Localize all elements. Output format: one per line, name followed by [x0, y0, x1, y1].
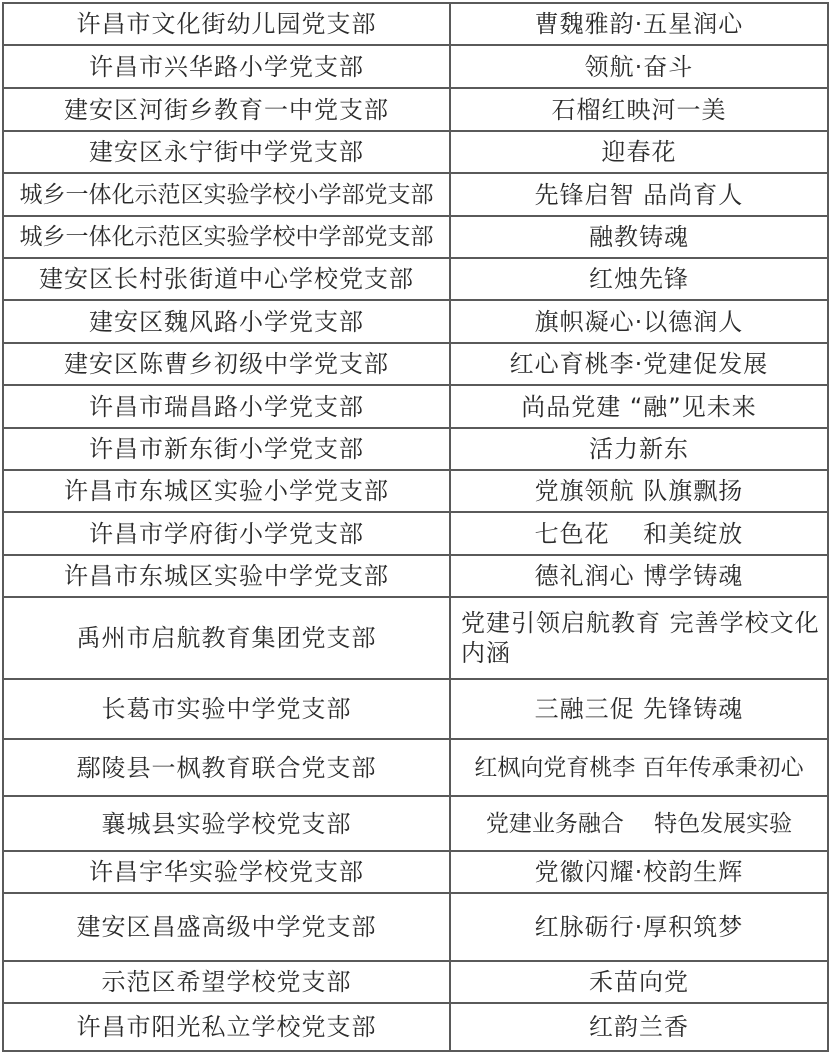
- brand-name-cell: 德礼润心 博学铸魂: [450, 555, 828, 597]
- brand-name-cell: 红脉砺行·厚积筑梦: [450, 893, 828, 961]
- branch-name-cell: 鄢陵县一枫教育联合党支部: [3, 739, 450, 796]
- branch-name-cell: 许昌市东城区实验中学党支部: [3, 555, 450, 597]
- branch-name-cell: 许昌市瑞昌路小学党支部: [3, 385, 450, 428]
- branch-name-cell: 许昌市兴华路小学党支部: [3, 45, 450, 88]
- party-branch-brand-table: 许昌市文化街幼儿园党支部曹魏雅韵·五星润心许昌市兴华路小学党支部领航·奋斗建安区…: [2, 2, 829, 1052]
- branch-name-cell: 许昌市新东街小学党支部: [3, 428, 450, 470]
- branch-name-cell: 禹州市启航教育集团党支部: [3, 597, 450, 679]
- branch-name-cell: 长葛市实验中学党支部: [3, 679, 450, 739]
- table-row: 禹州市启航教育集团党支部党建引领启航教育 完善学校文化内涵: [3, 597, 828, 679]
- table-row: 许昌市东城区实验小学党支部党旗领航 队旗飘扬: [3, 470, 828, 512]
- branch-name-cell: 建安区昌盛高级中学党支部: [3, 893, 450, 961]
- brand-name-cell: 迎春花: [450, 131, 828, 173]
- brand-name-cell: 党建业务融合 特色发展实验: [450, 796, 828, 851]
- brand-name-cell: 党徽闪耀·校韵生辉: [450, 851, 828, 893]
- brand-name-cell: 禾苗向党: [450, 961, 828, 1003]
- brand-name-cell: 先锋启智 品尚育人: [450, 173, 828, 216]
- branch-name-cell: 城乡一体化示范区实验学校小学部党支部: [3, 173, 450, 216]
- table-row: 城乡一体化示范区实验学校中学部党支部融教铸魂: [3, 216, 828, 258]
- brand-name-cell: 红枫向党育桃李 百年传承秉初心: [450, 739, 828, 796]
- table-row: 建安区魏风路小学党支部旗帜凝心·以德润人: [3, 300, 828, 343]
- table-row: 许昌市阳光私立学校党支部红韵兰香: [3, 1003, 828, 1051]
- branch-name-cell: 许昌宇华实验学校党支部: [3, 851, 450, 893]
- branch-name-cell: 建安区陈曹乡初级中学党支部: [3, 343, 450, 385]
- table-row: 许昌市新东街小学党支部活力新东: [3, 428, 828, 470]
- table-row: 许昌市瑞昌路小学党支部尚品党建 “融”见未来: [3, 385, 828, 428]
- branch-name-cell: 建安区永宁街中学党支部: [3, 131, 450, 173]
- brand-name-cell: 三融三促 先锋铸魂: [450, 679, 828, 739]
- table-row: 建安区长村张街道中心学校党支部红烛先锋: [3, 258, 828, 300]
- brand-name-cell: 融教铸魂: [450, 216, 828, 258]
- brand-name-cell: 活力新东: [450, 428, 828, 470]
- branch-name-cell: 许昌市文化街幼儿园党支部: [3, 3, 450, 45]
- table-row: 建安区河街乡教育一中党支部石榴红映河一美: [3, 88, 828, 131]
- table-row: 建安区昌盛高级中学党支部红脉砺行·厚积筑梦: [3, 893, 828, 961]
- branch-name-cell: 襄城县实验学校党支部: [3, 796, 450, 851]
- brand-name-cell: 党旗领航 队旗飘扬: [450, 470, 828, 512]
- table-row: 建安区陈曹乡初级中学党支部红心育桃李·党建促发展: [3, 343, 828, 385]
- branch-name-cell: 建安区魏风路小学党支部: [3, 300, 450, 343]
- table-row: 建安区永宁街中学党支部迎春花: [3, 131, 828, 173]
- brand-name-cell: 曹魏雅韵·五星润心: [450, 3, 828, 45]
- brand-name-cell: 旗帜凝心·以德润人: [450, 300, 828, 343]
- table-row: 鄢陵县一枫教育联合党支部红枫向党育桃李 百年传承秉初心: [3, 739, 828, 796]
- brand-name-cell: 红烛先锋: [450, 258, 828, 300]
- branch-name-cell: 建安区河街乡教育一中党支部: [3, 88, 450, 131]
- table-row: 许昌市兴华路小学党支部领航·奋斗: [3, 45, 828, 88]
- table-row: 长葛市实验中学党支部三融三促 先锋铸魂: [3, 679, 828, 739]
- brand-name-cell: 七色花 和美绽放: [450, 512, 828, 555]
- table-row: 许昌宇华实验学校党支部党徽闪耀·校韵生辉: [3, 851, 828, 893]
- brand-name-cell: 红韵兰香: [450, 1003, 828, 1051]
- brand-name-cell: 石榴红映河一美: [450, 88, 828, 131]
- branch-name-cell: 许昌市阳光私立学校党支部: [3, 1003, 450, 1051]
- branch-name-cell: 示范区希望学校党支部: [3, 961, 450, 1003]
- table-row: 城乡一体化示范区实验学校小学部党支部先锋启智 品尚育人: [3, 173, 828, 216]
- branch-name-cell: 城乡一体化示范区实验学校中学部党支部: [3, 216, 450, 258]
- table-row: 示范区希望学校党支部禾苗向党: [3, 961, 828, 1003]
- branch-name-cell: 许昌市东城区实验小学党支部: [3, 470, 450, 512]
- table-row: 许昌市东城区实验中学党支部德礼润心 博学铸魂: [3, 555, 828, 597]
- brand-name-cell: 领航·奋斗: [450, 45, 828, 88]
- table-row: 许昌市文化街幼儿园党支部曹魏雅韵·五星润心: [3, 3, 828, 45]
- brand-name-cell: 红心育桃李·党建促发展: [450, 343, 828, 385]
- branch-name-cell: 建安区长村张街道中心学校党支部: [3, 258, 450, 300]
- table-row: 襄城县实验学校党支部党建业务融合 特色发展实验: [3, 796, 828, 851]
- table-row: 许昌市学府街小学党支部七色花 和美绽放: [3, 512, 828, 555]
- branch-name-cell: 许昌市学府街小学党支部: [3, 512, 450, 555]
- table-body: 许昌市文化街幼儿园党支部曹魏雅韵·五星润心许昌市兴华路小学党支部领航·奋斗建安区…: [3, 3, 828, 1051]
- brand-name-cell: 尚品党建 “融”见未来: [450, 385, 828, 428]
- brand-name-cell: 党建引领启航教育 完善学校文化内涵: [450, 597, 828, 679]
